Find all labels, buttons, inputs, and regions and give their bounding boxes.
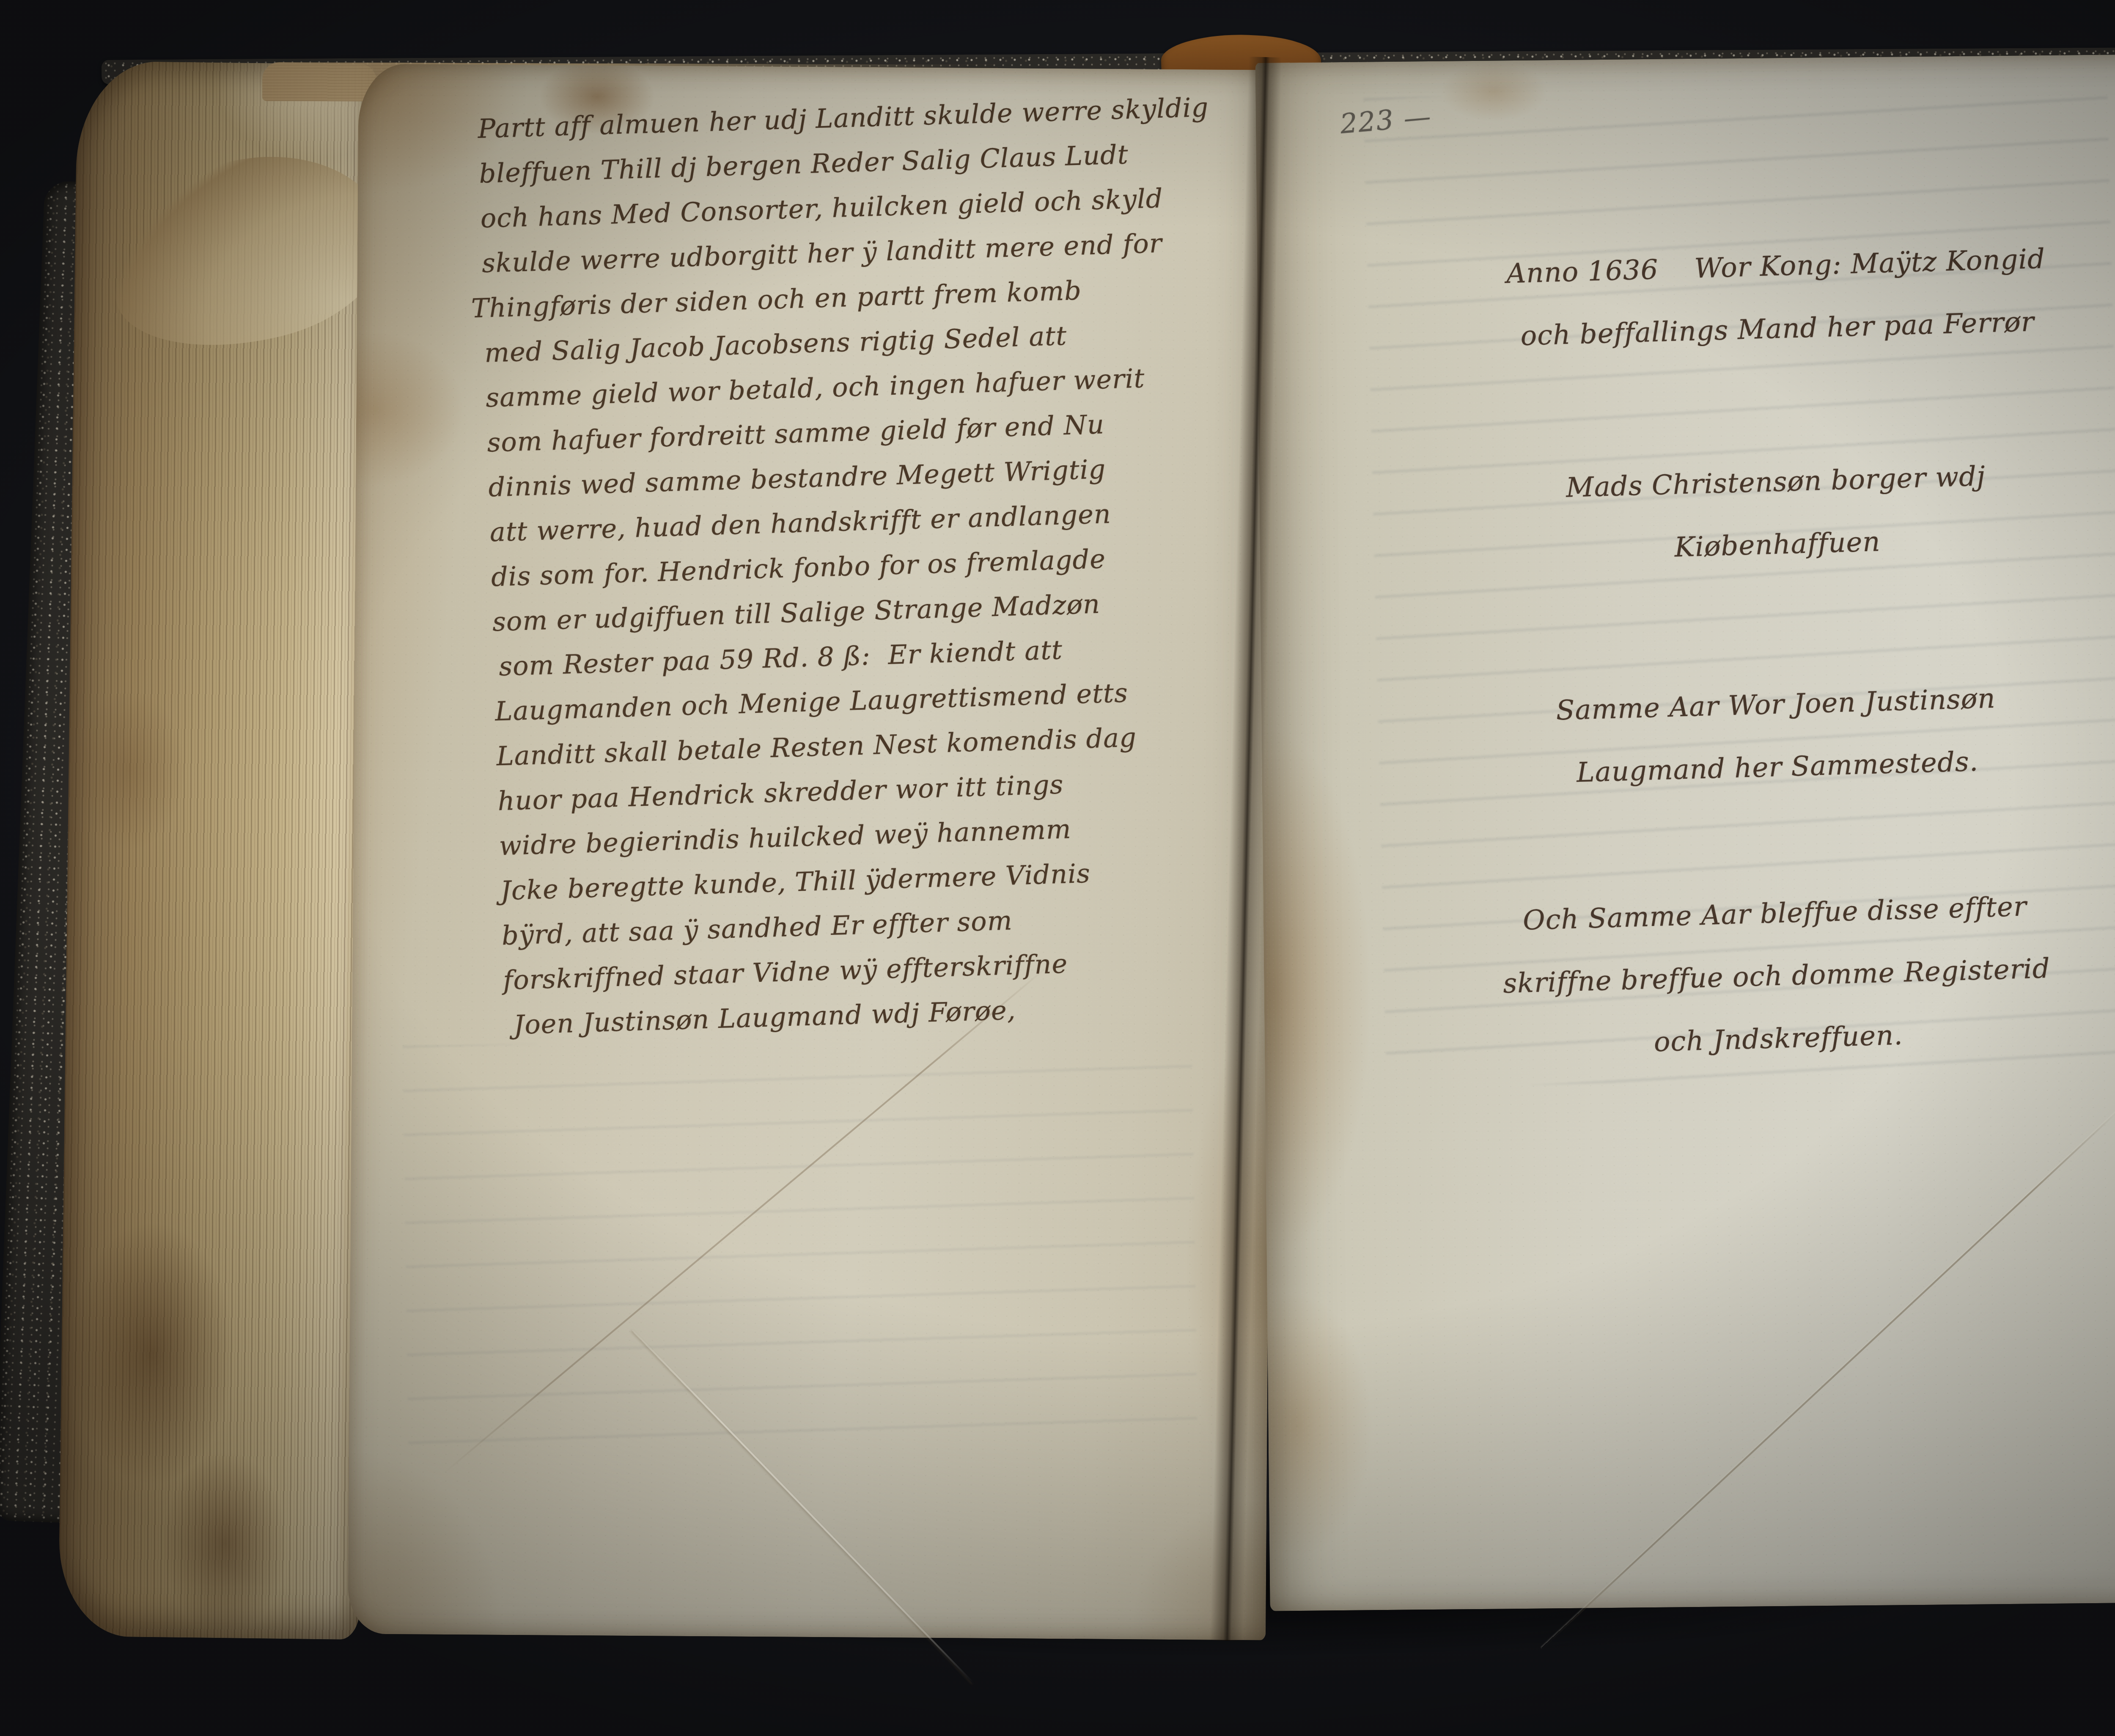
manuscript-entry: Och Samme Aar bleffue disse effter skrif… bbox=[1415, 872, 2115, 1080]
bleedthrough-text-left bbox=[403, 1035, 1198, 1454]
manuscript-entry: Mads Christensøn borger wdj Kiøbenhaffue… bbox=[1415, 441, 2115, 586]
left-page-text: Partt aff almuen her udj Landitt skulde … bbox=[477, 83, 1300, 1048]
manuscript-entry: Anno 1636 Wor Kong: Maÿtz Kongid och bef… bbox=[1415, 225, 2115, 370]
photo-stage: Partt aff almuen her udj Landitt skulde … bbox=[0, 0, 2115, 1736]
manuscript-entry: Samme Aar Wor Joen Justinsøn Laugmand he… bbox=[1415, 663, 2115, 808]
